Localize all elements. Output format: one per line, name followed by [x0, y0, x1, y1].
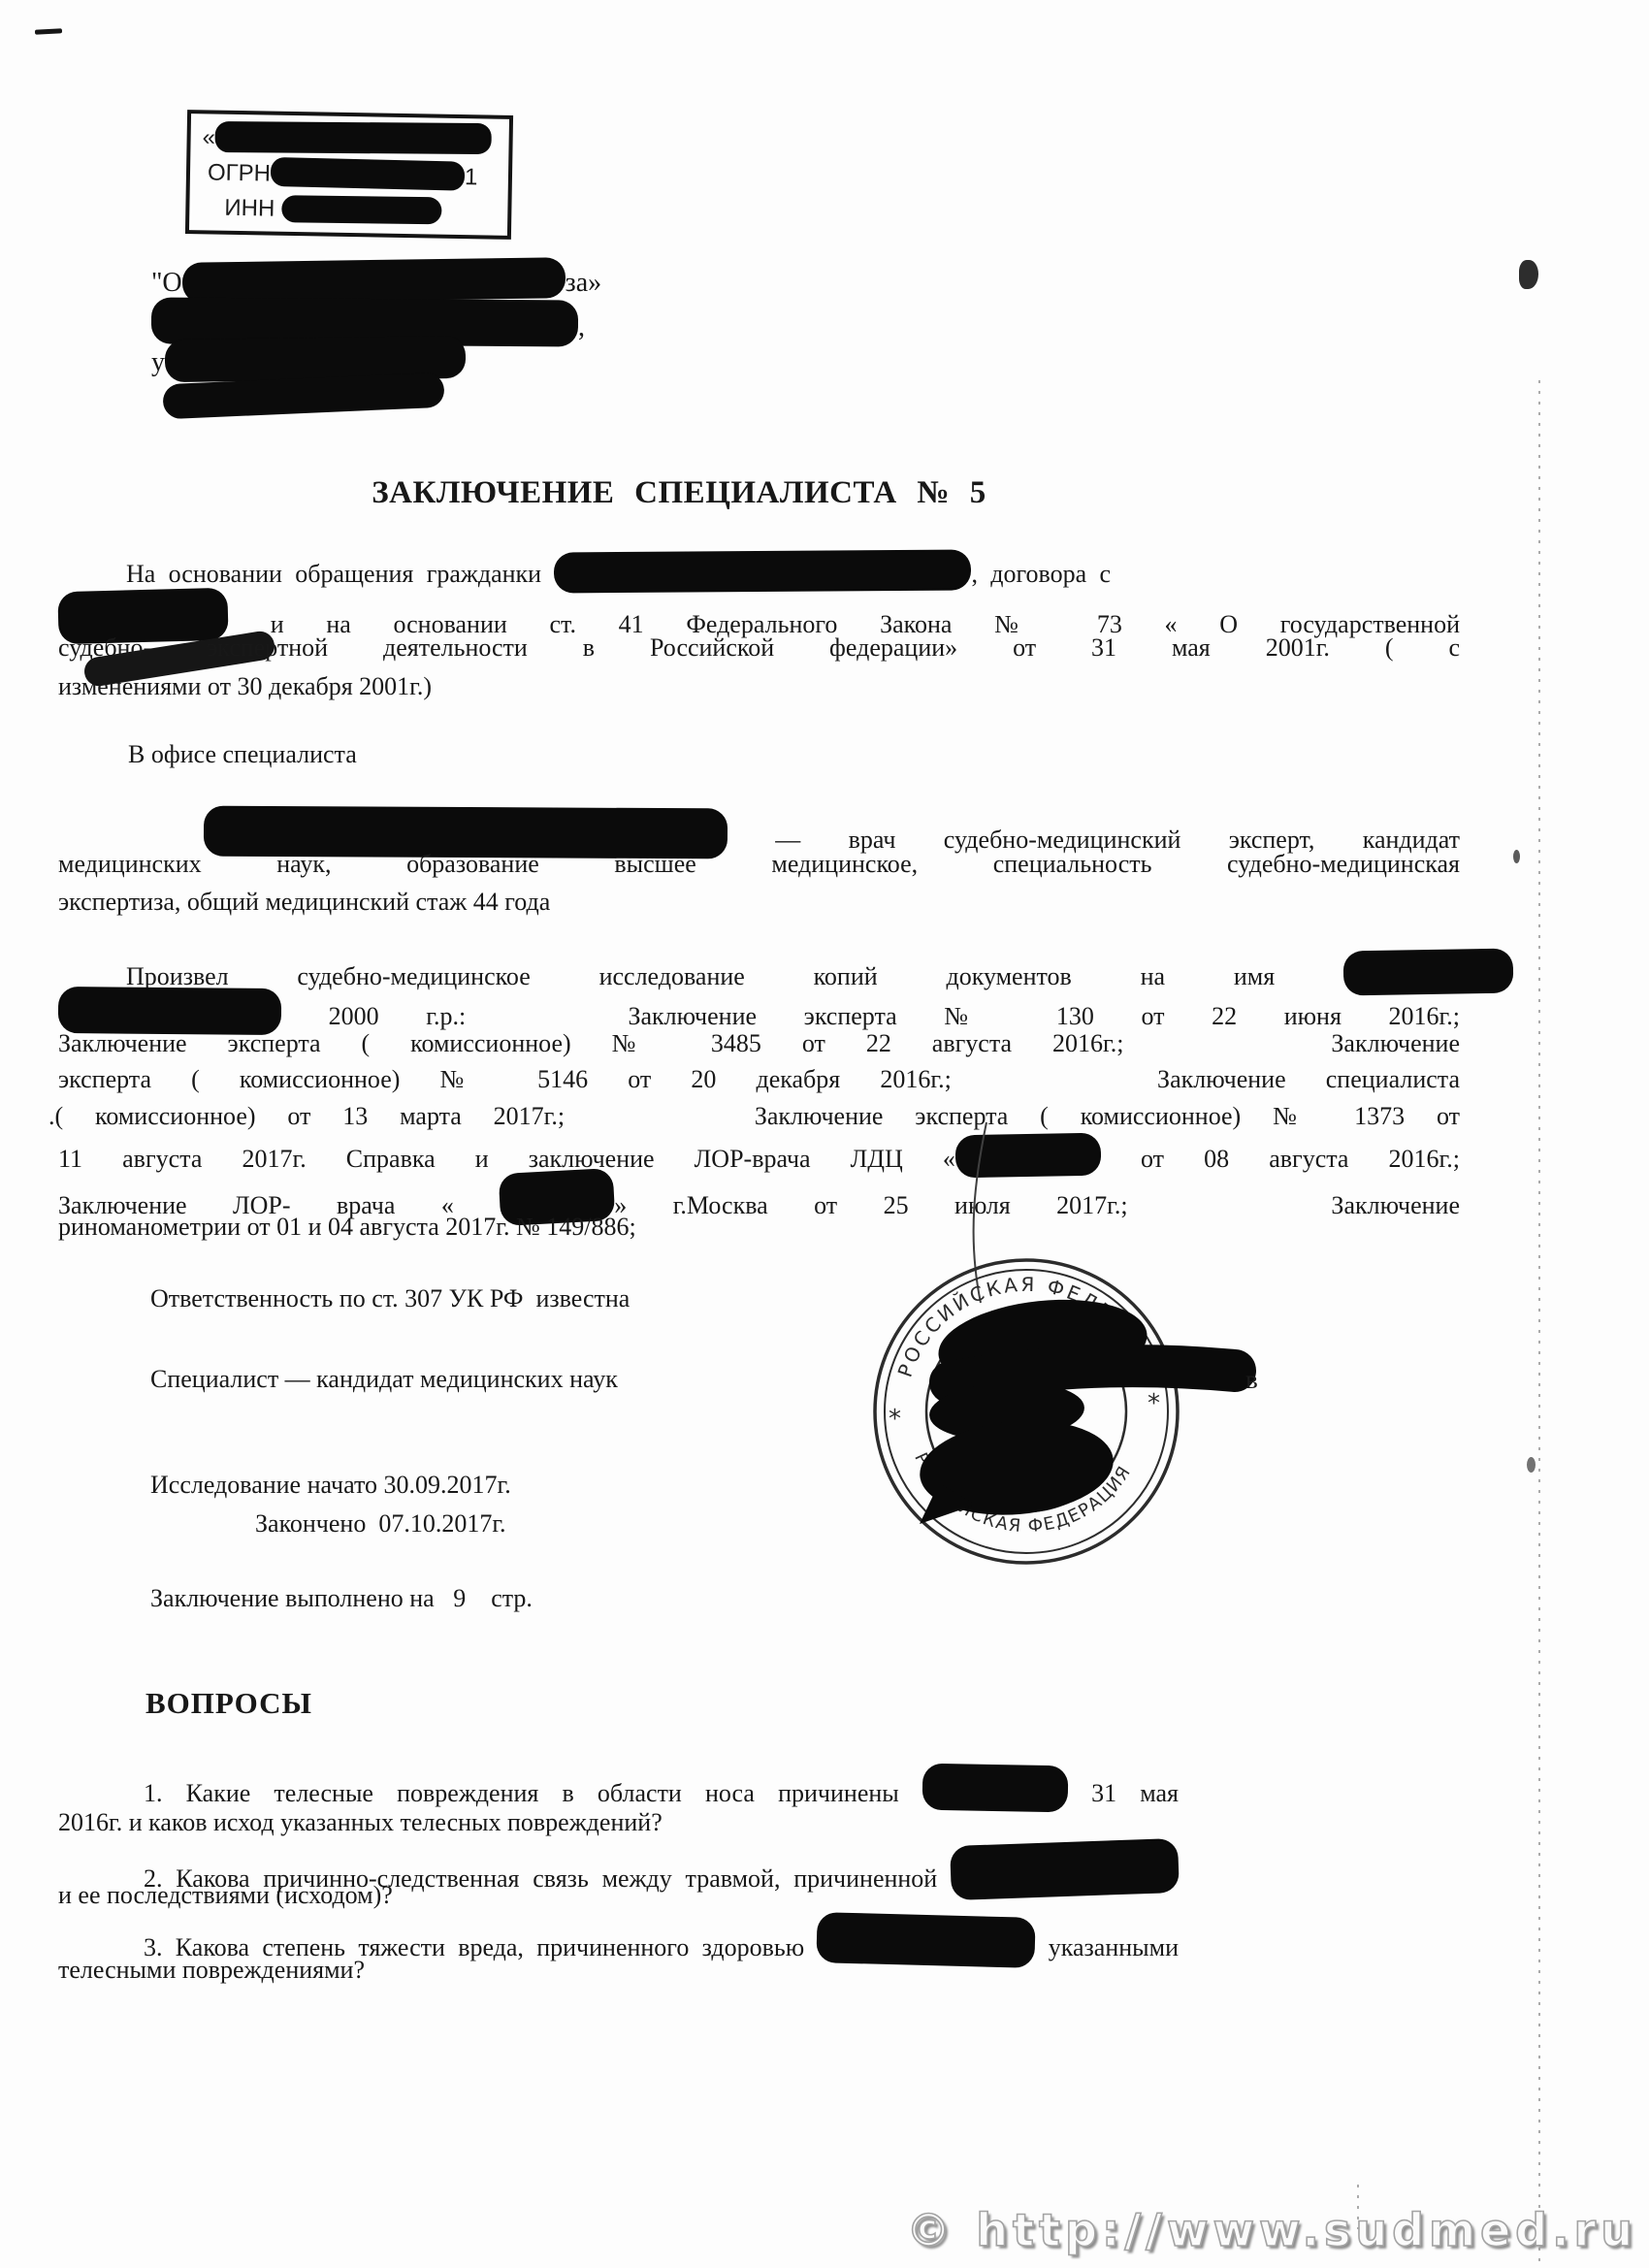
questions-heading-text: ВОПРОСЫ — [145, 1686, 312, 1720]
research-finished-line: Закончено 07.10.2017г. — [255, 1505, 506, 1543]
redaction-bar — [215, 121, 492, 154]
signature-tail-letter: в — [1245, 1365, 1258, 1394]
specialist-text: Специалист — кандидат медицинских наук — [150, 1365, 618, 1393]
paragraph-indent — [58, 984, 126, 985]
research-line: .( комиссионное) от 13 марта 2017г.; Зак… — [48, 1097, 1460, 1136]
office-text: В офисе специалиста — [128, 740, 357, 768]
paragraph-indent — [58, 1800, 144, 1801]
address-text: , — [578, 312, 585, 342]
redaction-bar — [817, 1912, 1036, 1968]
inn-row: ИНН — [189, 190, 508, 231]
org-name-row: « — [190, 119, 509, 161]
scan-artifact — [1527, 1457, 1536, 1473]
responsibility-text: Ответственность по ст. 307 УК РФ известн… — [150, 1284, 630, 1312]
expert-text: медицинских наук, образование высшее мед… — [58, 850, 1460, 878]
research-started-line: Исследование начато 30.09.2017г. — [150, 1466, 511, 1505]
ogrn-last-digit: 1 — [465, 164, 478, 190]
intro-line: На основании обращения гражданки , догов… — [58, 551, 1111, 594]
research-line: эксперта ( комиссионное) № 5146 от 20 де… — [58, 1060, 1460, 1099]
research-text: эксперта ( комиссионное) № 5146 от 20 де… — [58, 1065, 952, 1093]
finished-text: Закончено 07.10.2017г. — [255, 1509, 506, 1538]
intro-text: изменениями от 30 декабря 2001г.) — [58, 672, 432, 700]
scan-artifact — [1513, 850, 1520, 863]
intro-line: изменениями от 30 декабря 2001г.) — [58, 667, 432, 706]
org-address-line — [163, 376, 444, 415]
research-text: Заключение — [1331, 1029, 1460, 1057]
research-text: Произвел судебно-медицинское исследовани… — [126, 962, 1275, 990]
redaction-bar — [950, 1838, 1180, 1900]
research-text: Заключение — [1331, 1191, 1460, 1219]
scan-noise-line — [1538, 380, 1540, 2262]
intro-text: На основании обращения гражданки — [126, 560, 541, 588]
expert-line: экспертиза, общий медицинский стаж 44 го… — [58, 883, 550, 922]
expert-line: медицинских наук, образование высшее мед… — [58, 845, 1460, 884]
research-text: Заключение эксперта ( комиссионное) № 13… — [755, 1102, 1460, 1130]
spacing-gap — [1174, 1213, 1285, 1214]
research-text: риноманометрии от 01 и 04 августа 2017г.… — [58, 1213, 636, 1241]
round-stamp: РОССИЙСКАЯ ФЕДЕР РОССИЙСКАЯ ФЕДЕРАЦИЯ * … — [854, 1245, 1280, 1604]
research-text: .( комиссионное) от 13 марта 2017г.; — [48, 1102, 565, 1130]
intro-text: судебно- экспертной деятельности в Росси… — [58, 633, 1460, 662]
specialist-line: Специалист — кандидат медицинских наук — [150, 1360, 618, 1399]
pages-text: Заключение выполнено на 9 стр. — [150, 1584, 533, 1612]
stamp-star-right: * — [1148, 1389, 1160, 1418]
question-2-line: и ее последствиями (исходом)? — [58, 1876, 393, 1915]
redaction-bar — [271, 157, 466, 191]
address-text: "О — [151, 268, 182, 298]
spacing-gap — [597, 1123, 723, 1124]
intro-line: судебно- экспертной деятельности в Росси… — [58, 629, 1460, 667]
org-open-quote: « — [202, 124, 215, 150]
paragraph-indent — [58, 581, 126, 582]
intro-text: , договора с — [971, 560, 1111, 588]
responsibility-line: Ответственность по ст. 307 УК РФ известн… — [150, 1280, 630, 1318]
site-watermark: © http://www.sudmed.ru — [906, 2204, 1637, 2256]
question-3-line: телесными повреждениями? — [58, 1951, 365, 1990]
questions-heading: ВОПРОСЫ — [145, 1684, 312, 1723]
question-1-line: 2016г. и каков исход указанных телесных … — [58, 1803, 663, 1842]
spacing-gap — [1164, 1051, 1290, 1052]
question-2-text: и ее последствиями (исходом)? — [58, 1881, 393, 1909]
spacing-gap — [991, 1086, 1117, 1087]
redaction-bar — [181, 257, 566, 304]
redaction-bar — [554, 549, 971, 593]
document-page: « ОГРН1 ИНН "Оза» , у ЗАКЛЮЧЕНИЕ СПЕЦИАЛ… — [0, 0, 1649, 2268]
research-text: Заключение эксперта ( комиссионное) № 34… — [58, 1029, 1123, 1057]
org-address-line: "Оза» — [151, 260, 601, 303]
research-line: Заключение эксперта ( комиссионное) № 34… — [58, 1024, 1460, 1063]
stamp-redaction-scribble — [916, 1290, 1235, 1524]
redaction-bar — [162, 373, 444, 420]
research-text: Заключение специалиста — [1157, 1065, 1460, 1093]
question-1-text: 31 мая — [1091, 1779, 1179, 1807]
redaction-bar — [922, 1764, 1069, 1813]
inn-label: ИНН — [224, 195, 275, 222]
research-text: от 08 августа 2016г.; — [1141, 1145, 1460, 1173]
question-3-text: указанными — [1049, 1933, 1179, 1961]
redaction-bar — [281, 195, 441, 224]
scan-artifact — [1519, 260, 1538, 289]
pages-count-line: Заключение выполнено на 9 стр. — [150, 1579, 533, 1618]
research-line: риноманометрии от 01 и 04 августа 2017г.… — [58, 1208, 636, 1247]
page-title: ЗАКЛЮЧЕНИЕ СПЕЦИАЛИСТА № 5 — [0, 475, 1358, 511]
research-text: 11 августа 2017г. Справка и заключение Л… — [58, 1145, 955, 1173]
question-1-text: 2016г. и каков исход указанных телесных … — [58, 1808, 663, 1836]
started-text: Исследование начато 30.09.2017г. — [150, 1471, 511, 1499]
ogrn-row: ОГРН1 — [190, 155, 509, 196]
stamp-star-left: * — [889, 1405, 901, 1434]
research-text: » г.Москва от 25 июля 2017г.; — [614, 1191, 1127, 1219]
ogrn-label: ОГРН — [208, 159, 271, 186]
expert-text: экспертиза, общий медицинский стаж 44 го… — [58, 888, 550, 916]
address-text: за» — [566, 268, 602, 298]
question-3-text: телесными повреждениями? — [58, 1956, 365, 1984]
org-stamp-box: « ОГРН1 ИНН — [185, 110, 513, 240]
address-text: у — [151, 347, 165, 377]
scan-artifact — [35, 28, 62, 34]
office-line: В офисе специалиста — [128, 735, 357, 774]
